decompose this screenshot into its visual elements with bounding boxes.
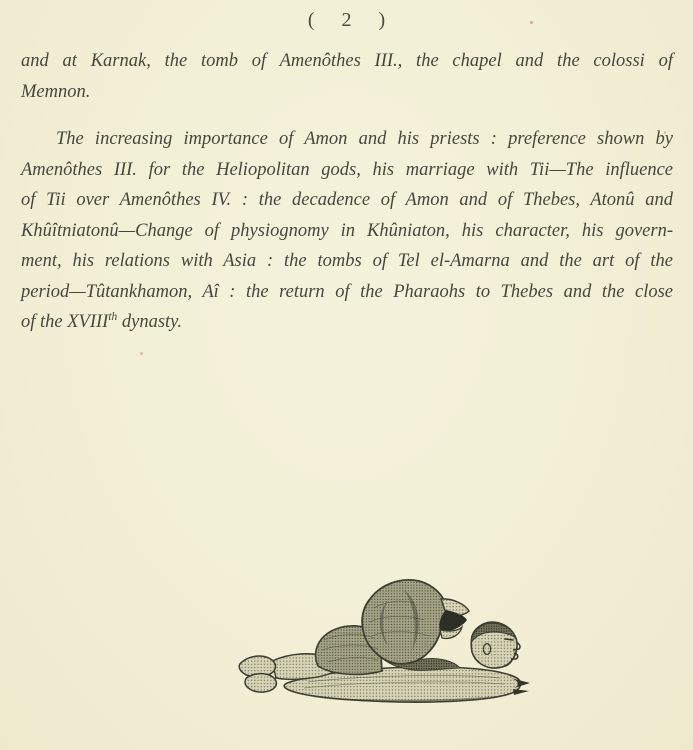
lion-figurine-engraving-svg — [228, 570, 534, 715]
text-line: ment, his relations with Asia : the tomb… — [21, 246, 673, 277]
text-line: period—Tûtankhamon, Aî : the return of t… — [21, 277, 673, 308]
paragraph-continuation: and at Karnak, the tomb of Amenôthes III… — [21, 46, 673, 107]
page-number: ( 2 ) — [0, 9, 693, 32]
chapter-argument-paragraph: The increasing importance of Amon and hi… — [21, 124, 673, 338]
paper-speck — [664, 131, 666, 134]
text-line: Memnon. — [21, 77, 673, 108]
text-run: dynasty. — [117, 312, 182, 332]
ordinal-superscript: th — [108, 311, 117, 323]
lion-figurine-engraving — [228, 570, 534, 715]
paper-speck — [530, 21, 533, 24]
paper-speck — [308, 232, 310, 234]
text-run: of the XVIII — [21, 312, 108, 332]
text-line: Amenôthes III. for the Heliopolitan gods… — [21, 155, 673, 186]
text-line: Khûîtniatonû—Change of physiognomy in Kh… — [21, 216, 673, 247]
book-page: ( 2 ) and at Karnak, the tomb of Amenôth… — [0, 0, 693, 750]
text-line: of the XVIIIth dynasty. — [21, 307, 673, 338]
text-line: of Tii over Amenôthes IV. : the decadenc… — [21, 185, 673, 216]
paper-speck — [140, 352, 143, 355]
text-line: The increasing importance of Amon and hi… — [21, 124, 673, 155]
text-line: and at Karnak, the tomb of Amenôthes III… — [21, 46, 673, 77]
